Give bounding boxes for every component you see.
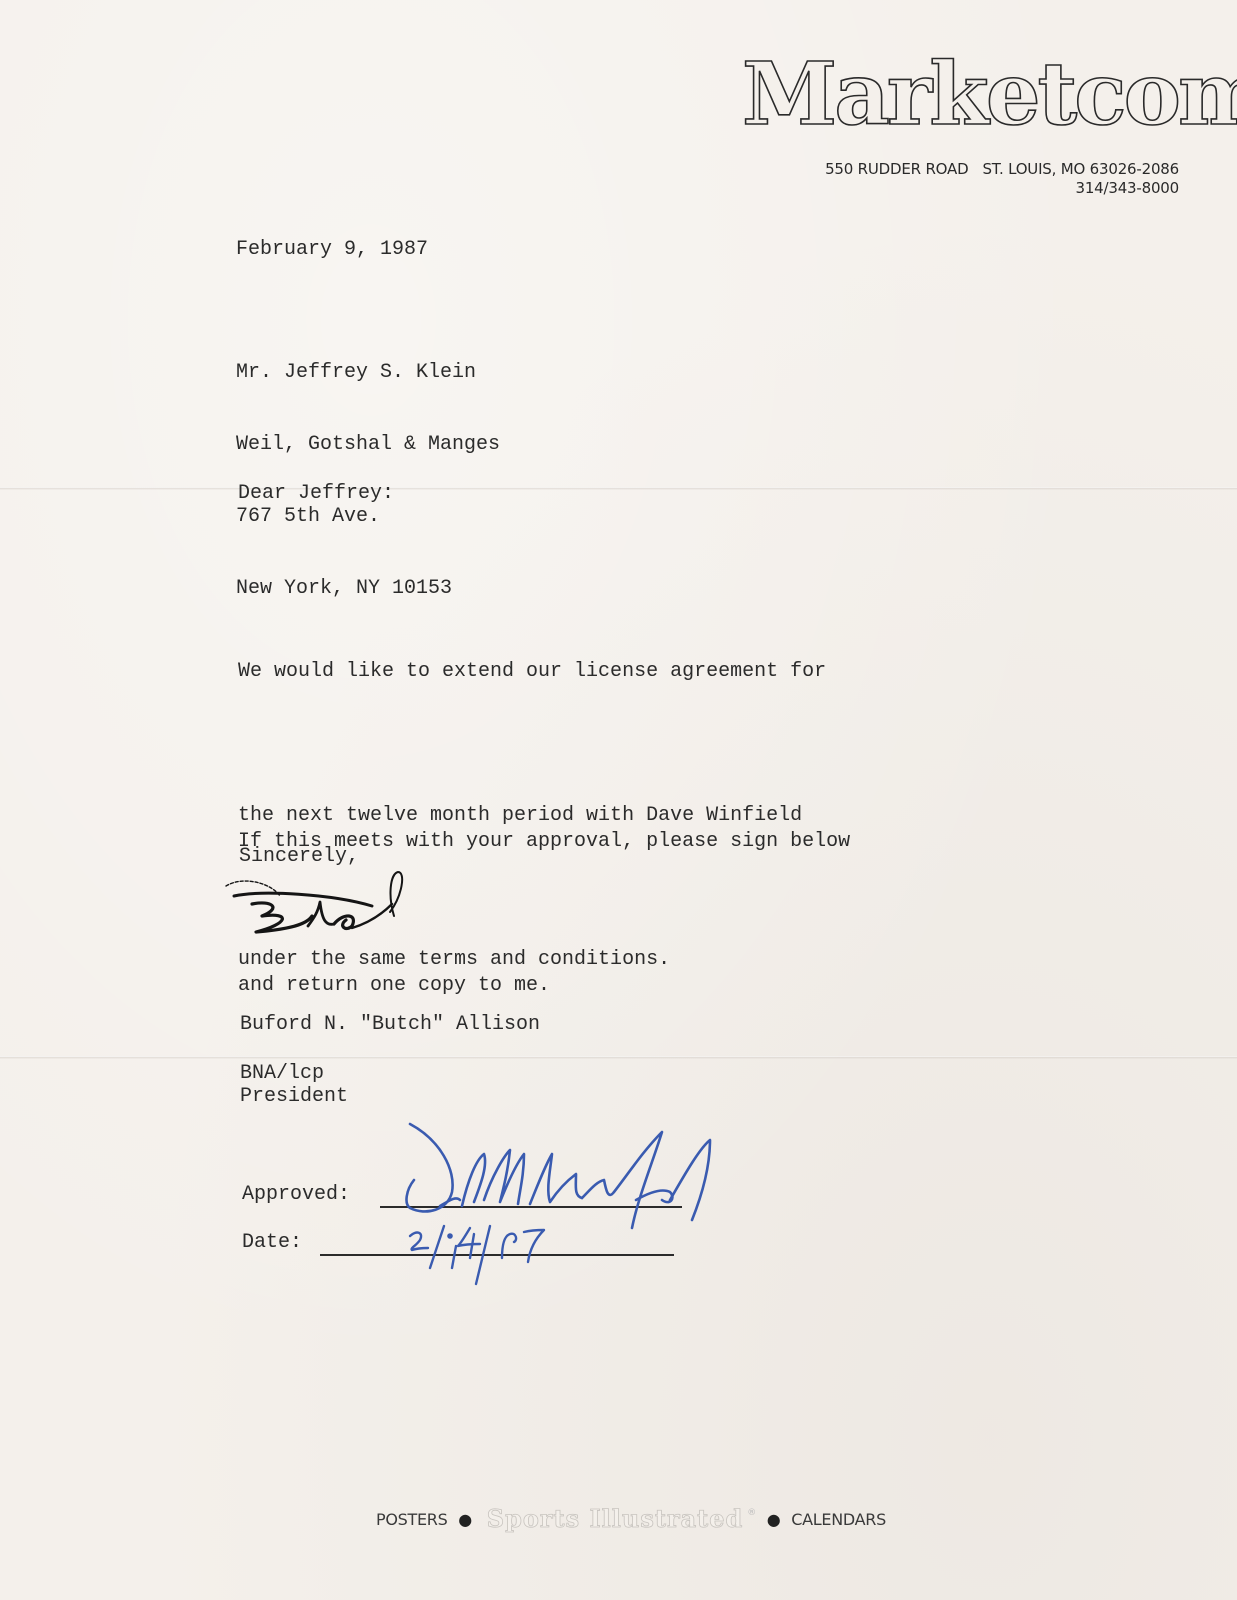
sender-signature [222,866,412,946]
bullet-icon: ● [767,1510,781,1529]
sender-block: Buford N. "Butch" Allison President [240,965,540,1133]
recipient-name: Mr. Jeffrey S. Klein [236,361,500,385]
salutation: Dear Jeffrey: [238,482,394,506]
trademark-icon: ® [747,1508,756,1518]
footer-posters: POSTERS [376,1510,447,1529]
body-line: We would like to extend our license agre… [238,648,826,696]
footer-brand: Sports Illustrated [487,1504,744,1533]
approved-label: Approved: [242,1183,350,1207]
recipient-street: 767 5th Ave. [236,505,500,529]
approval-date-label: Date: [242,1231,302,1255]
footer-calendars: CALENDARS [791,1510,886,1529]
reference-initials: BNA/lcp [240,1062,324,1086]
company-logo: Marketcom [742,52,1237,138]
letterhead-footer: POSTERS ● Sports Illustrated® ● CALENDAR… [376,1504,886,1533]
sender-name: Buford N. "Butch" Allison [240,1013,540,1037]
approval-signature [400,1120,720,1230]
letter-date: February 9, 1987 [236,238,428,262]
recipient-firm: Weil, Gotshal & Manges [236,433,500,457]
company-address: 550 RUDDER ROADST. LOUIS, MO 63026-2086 … [825,160,1179,198]
sender-title: President [240,1085,540,1109]
bullet-icon: ● [458,1510,472,1529]
handwritten-date: 2/14/87 [404,1222,564,1292]
fold-line [0,487,1237,490]
company-street: 550 RUDDER ROAD [825,160,968,178]
company-phone: 314/343-8000 [825,179,1179,198]
company-city: ST. LOUIS, MO 63026-2086 [982,160,1179,178]
